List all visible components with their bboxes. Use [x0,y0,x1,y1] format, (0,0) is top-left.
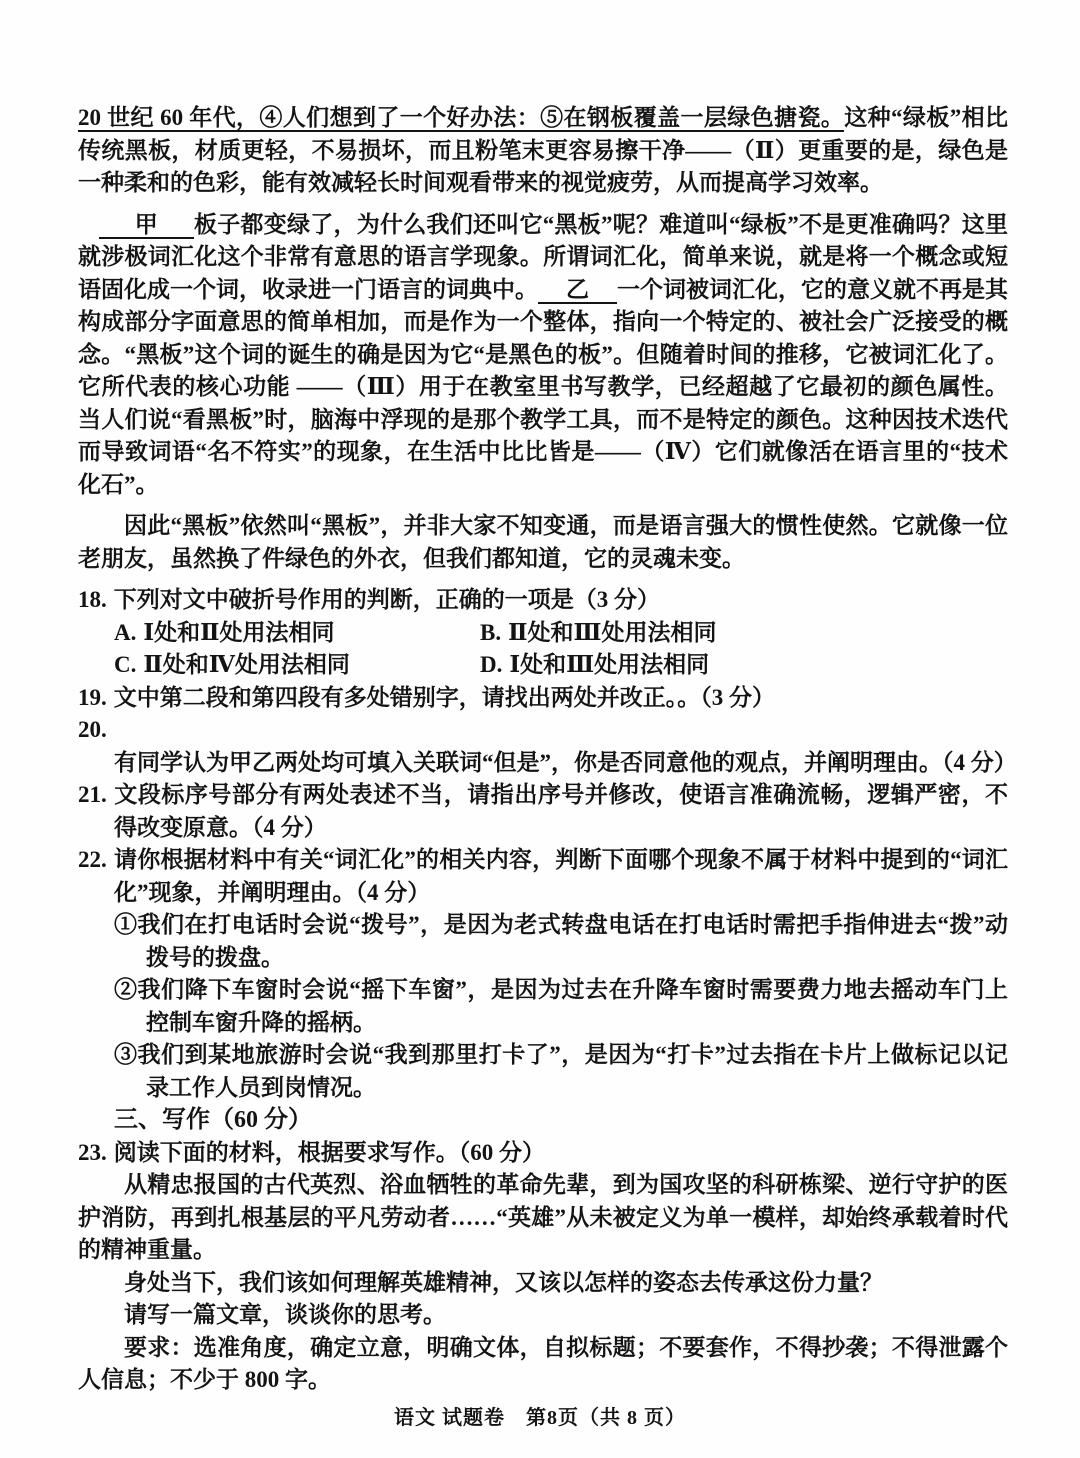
question-18-number: 18. [78,587,107,612]
question-22-number: 22. [78,847,107,872]
paragraph-green-board: 20 世纪 60 年代，④人们想到了一个好办法：⑤在钢板覆盖一层绿色搪瓷。这种“… [78,102,1008,200]
question-18-text: 下列对文中破折号作用的判断，正确的一项是（3 分） [114,587,660,612]
question-19-text: 文中第二段和第四段有多处错别字，请找出两处并改正。。（3 分） [114,685,775,710]
options-row-ab: A.Ⅰ处和Ⅱ处用法相同 B.Ⅱ处和Ⅲ处用法相同 [114,617,1008,650]
options-row-cd: C.Ⅱ处和Ⅳ处用法相同 D.Ⅰ处和Ⅲ处用法相同 [114,649,1008,682]
item-2-text: 我们降下车窗时会说“摇下车窗”，是因为过去在升降车窗时需要费力地去摇动车门上控制… [138,977,1008,1035]
question-23-prompt: 身处当下，我们该如何理解英雄精神，又该以怎样的姿态去传承这份力量？ [78,1267,1008,1300]
question-20-text: 有同学认为甲乙两处均可填入关联词“但是”，你是否同意他的观点，并阐明理由。（4 … [114,750,1017,775]
question-18-options: A.Ⅰ处和Ⅱ处用法相同 B.Ⅱ处和Ⅲ处用法相同 C.Ⅱ处和Ⅳ处用法相同 D.Ⅰ处… [114,617,1008,682]
option-d: D.Ⅰ处和Ⅲ处用法相同 [480,649,709,682]
option-a-text: Ⅰ处和Ⅱ处用法相同 [143,620,334,645]
item-3-marker: ③ [114,1042,138,1067]
question-22-item-1: ①我们在打电话时会说“拨号”，是因为老式转盘电话在打电话时需把手指伸进去“拨”动… [114,909,1008,974]
question-23-material: 从精忠报国的古代英烈、浴血牺牲的革命先辈，到为国攻坚的科研栋梁、逆行守护的医护消… [78,1169,1008,1267]
item-3-text: 我们到某地旅游时会说“我到那里打卡了”，是因为“打卡”过去指在卡片上做标记以记录… [138,1042,1009,1100]
option-a: A.Ⅰ处和Ⅱ处用法相同 [114,617,480,650]
question-21: 21.文段标序号部分有两处表述不当，请指出序号并修改，使语言准确流畅，逻辑严密，… [78,779,1008,844]
blank-yi: 乙 [538,277,617,304]
question-23-task: 请写一篇文章，谈谈你的思考。 [78,1299,1008,1332]
option-d-label: D. [480,652,502,677]
blank-jia: 甲 [99,212,194,239]
option-b-text: Ⅱ处和Ⅲ处用法相同 [508,620,716,645]
exam-paper-page: 20 世纪 60 年代，④人们想到了一个好办法：⑤在钢板覆盖一层绿色搪瓷。这种“… [0,0,1080,1458]
question-19: 19.文中第二段和第四段有多处错别字，请找出两处并改正。。（3 分） [78,682,1008,715]
item-2-marker: ② [114,977,138,1002]
option-c-label: C. [114,652,136,677]
question-20: 20.有同学认为甲乙两处均可填入关联词“但是”，你是否同意他的观点，并阐明理由。… [78,714,1008,779]
option-d-text: Ⅰ处和Ⅲ处用法相同 [509,652,709,677]
question-22-text: 请你根据材料中有关“词汇化”的相关内容，判断下面哪个现象不属于材料中提到的“词汇… [114,847,1008,905]
question-22-item-2: ②我们降下车窗时会说“摇下车窗”，是因为过去在升降车窗时需要费力地去摇动车门上控… [114,974,1008,1039]
option-c-text: Ⅱ处和Ⅳ处用法相同 [143,652,349,677]
question-23-number: 23. [78,1140,107,1165]
question-22-item-3: ③我们到某地旅游时会说“我到那里打卡了”，是因为“打卡”过去指在卡片上做标记以记… [114,1039,1008,1104]
question-19-number: 19. [78,685,107,710]
question-22: 22.请你根据材料中有关“词汇化”的相关内容，判断下面哪个现象不属于材料中提到的… [78,844,1008,909]
question-23-requirements: 要求：选准角度，确定立意，明确文体，自拟标题；不要套作，不得抄袭；不得泄露个人信… [78,1332,1008,1397]
question-21-text: 文段标序号部分有两处表述不当，请指出序号并修改，使语言准确流畅，逻辑严密，不得改… [114,782,1008,840]
option-c: C.Ⅱ处和Ⅳ处用法相同 [114,649,480,682]
question-23: 23.阅读下面的材料，根据要求写作。（60 分） [78,1137,1008,1170]
paragraph-lexicalization-text2: 一个词被词汇化，它的意义就不再是其构成部分字面意思的简单相加，而是作为一个整体，… [78,277,1008,497]
question-21-number: 21. [78,782,107,807]
paragraph-conclusion: 因此“黑板”依然叫“黑板”，并非大家不知变通，而是语言强大的惯性使然。它就像一位… [78,510,1008,575]
paragraph-lexicalization: 甲板子都变绿了，为什么我们还叫它“黑板”呢？难道叫“绿板”不是更准确吗？这里就涉… [78,209,1008,502]
item-1-text: 我们在打电话时会说“拨号”，是因为老式转盘电话在打电话时需把手指伸进去“拨”动拨… [138,912,1009,970]
item-1-marker: ① [114,912,138,937]
option-a-label: A. [114,620,136,645]
page-footer: 语文 试题卷 第8页（共 8 页） [0,1402,1080,1435]
question-23-text: 阅读下面的材料，根据要求写作。（60 分） [114,1140,545,1165]
underlined-sentence-45: 20 世纪 60 年代，④人们想到了一个好办法：⑤在钢板覆盖一层绿色搪瓷。 [78,105,844,132]
option-b: B.Ⅱ处和Ⅲ处用法相同 [480,617,717,650]
section-heading-writing: 三、写作（60 分） [114,1104,1008,1137]
question-20-number: 20. [78,717,107,742]
question-18: 18.下列对文中破折号作用的判断，正确的一项是（3 分） [78,584,1008,617]
option-b-label: B. [480,620,501,645]
